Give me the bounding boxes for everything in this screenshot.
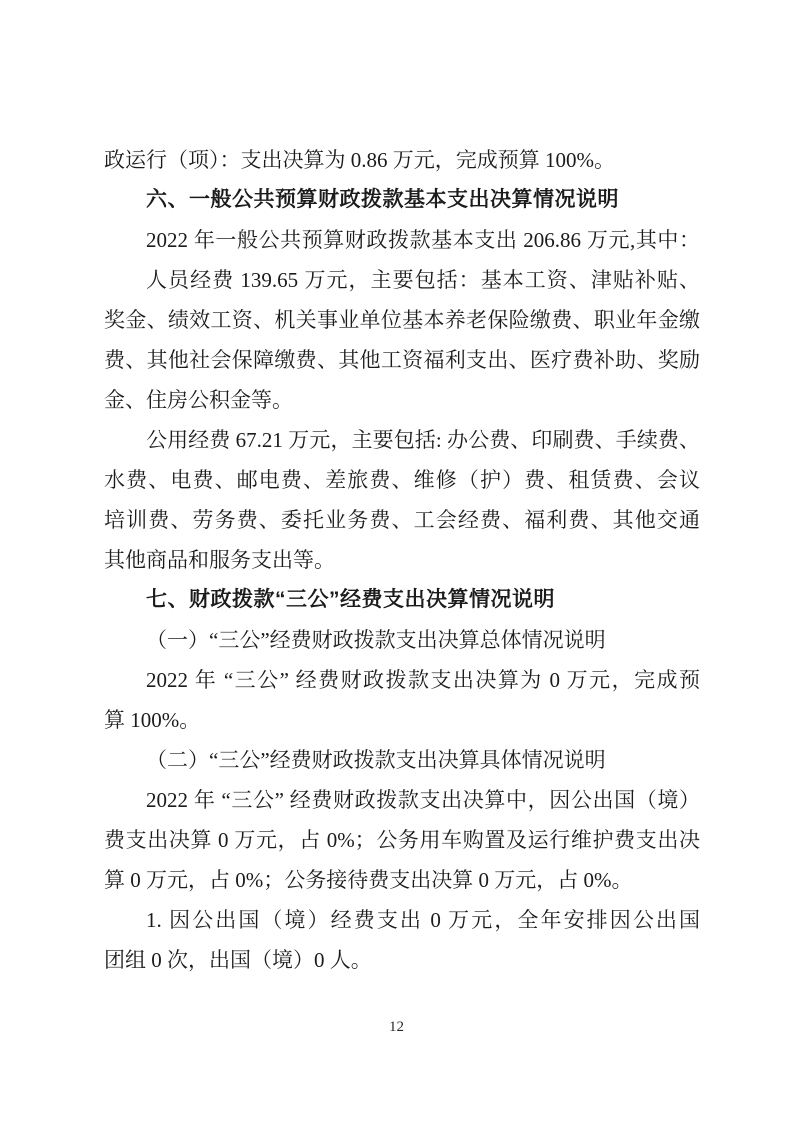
text-line: 算 100%。 [104, 700, 700, 740]
document-body: 政运行（项）：支出决算为 0.86 万元，完成预算 100%。 六、一般公共预算… [104, 140, 700, 980]
text-line: 算 0 万元，占 0%；公务接待费支出决算 0 万元，占 0%。 [104, 860, 700, 900]
text-line: 培训费、劳务费、委托业务费、工会经费、福利费、其他交通费、 [104, 500, 700, 540]
text-line-continued: 政运行（项）：支出决算为 0.86 万元，完成预算 100%。 [104, 140, 700, 180]
text-line: 费、其他社会保障缴费、其他工资福利支出、医疗费补助、奖励 [104, 340, 700, 380]
section-heading-six: 六、一般公共预算财政拨款基本支出决算情况说明 [104, 180, 700, 220]
text-line: 其他商品和服务支出等。 [104, 540, 700, 580]
text-line: 1. 因公出国（境）经费支出 0 万元，全年安排因公出国（境） [104, 900, 700, 940]
text-line: 团组 0 次，出国（境）0 人。 [104, 940, 700, 980]
text-line: 水费、电费、邮电费、差旅费、维修（护）费、租赁费、会议费、 [104, 460, 700, 500]
page-number: 12 [0, 1016, 793, 1038]
document-page: 政运行（项）：支出决算为 0.86 万元，完成预算 100%。 六、一般公共预算… [0, 0, 793, 1122]
text-line: 金、住房公积金等。 [104, 380, 700, 420]
text-line: 人员经费 139.65 万元，主要包括：基本工资、津贴补贴、 [104, 260, 700, 300]
text-line: 奖金、绩效工资、机关事业单位基本养老保险缴费、职业年金缴 [104, 300, 700, 340]
subsection-heading-one: （一）“三公”经费财政拨款支出决算总体情况说明 [104, 620, 700, 660]
subsection-heading-two: （二）“三公”经费财政拨款支出决算具体情况说明 [104, 740, 700, 780]
text-line: 2022 年一般公共预算财政拨款基本支出 206.86 万元,其中： [104, 220, 700, 260]
section-heading-seven: 七、财政拨款“三公”经费支出决算情况说明 [104, 580, 700, 620]
text-line: 2022 年 “三公” 经费财政拨款支出决算为 0 万元，完成预 [104, 660, 700, 700]
text-line: 费支出决算 0 万元，占 0%；公务用车购置及运行维护费支出决 [104, 820, 700, 860]
text-line: 公用经费 67.21 万元，主要包括: 办公费、印刷费、手续费、 [104, 420, 700, 460]
text-line: 2022 年 “三公” 经费财政拨款支出决算中，因公出国（境） [104, 780, 700, 820]
